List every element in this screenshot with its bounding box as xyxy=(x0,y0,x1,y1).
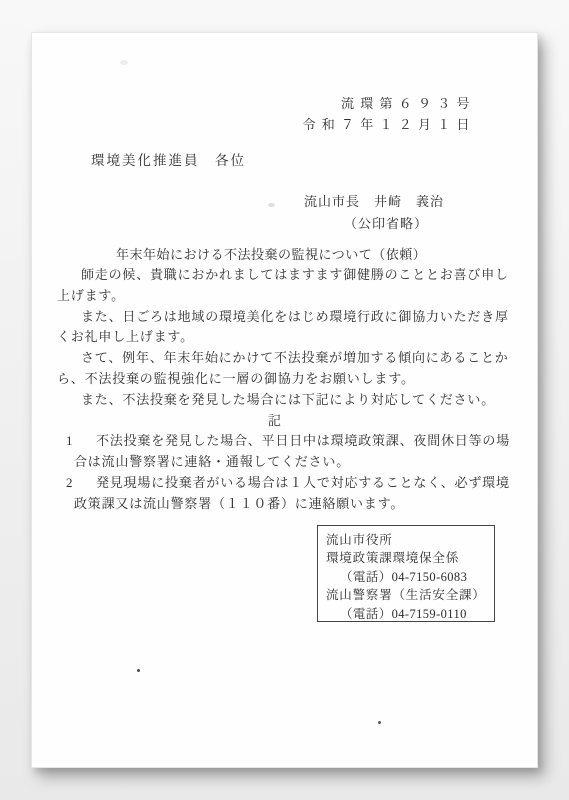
body-line: ら、不法投棄の監視強化に一層の御協力をお願いします。 xyxy=(32,369,537,390)
list-item: 2発見現場に投棄者がいる場合は１人で対応することなく、必ず環境 xyxy=(32,473,537,494)
scan-smudge xyxy=(268,203,275,207)
document-number: 流 環 第 ６ ９ ３ 号 xyxy=(302,93,471,114)
item-text-continuation: 合は流山警察署に連絡・通報してください。 xyxy=(32,452,537,473)
contact-office: 流山市役所 xyxy=(326,531,494,549)
contact-police: 流山警察署（生活安全課） xyxy=(326,586,494,604)
record-marker: 記 xyxy=(32,411,537,432)
contact-section: 環境政策課環境保全係 xyxy=(326,549,494,567)
letter-body: 師走の候、貴職におかれましてはますます御健勝のこととお喜び申し 上げます。 また… xyxy=(32,265,537,515)
contact-office-phone: （電話）04-7150-6083 xyxy=(326,568,494,586)
item-number: 2 xyxy=(66,473,96,494)
page-background: 流 環 第 ６ ９ ３ 号 令 和 ７ 年 １ ２ 月 １ 日 環境美化推進員 … xyxy=(0,0,569,800)
sender-name: 流山市長 井崎 義治 xyxy=(304,191,444,210)
item-text-continuation: 政策課又は流山警察署（１１０番）に連絡願います。 xyxy=(32,494,537,515)
document-date: 令 和 ７ 年 １ ２ 月 １ 日 xyxy=(302,114,471,135)
item-text: 不法投棄を発見した場合、平日日中は環境政策課、夜間休日等の場 xyxy=(96,433,510,448)
contact-police-phone: （電話）04-7159-0110 xyxy=(326,605,494,623)
body-line: 師走の候、貴職におかれましてはますます御健勝のこととお喜び申し xyxy=(32,265,537,286)
subject-line: 年末年始における不法投棄の監視について（依頼） xyxy=(116,244,426,263)
body-line: さて、例年、年末年始にかけて不法投棄が増加する傾向にあることか xyxy=(32,348,537,369)
document-header-right: 流 環 第 ６ ９ ３ 号 令 和 ７ 年 １ ２ 月 １ 日 xyxy=(302,93,471,135)
contact-info-box: 流山市役所 環境政策課環境保全係 （電話）04-7150-6083 流山警察署（… xyxy=(317,525,495,622)
body-line: また、日ごろは地域の環境美化をはじめ環境行政に御協力いただき厚 xyxy=(32,307,537,328)
item-number: 1 xyxy=(66,431,96,452)
scan-smudge xyxy=(120,60,128,65)
item-text: 発見現場に投棄者がいる場合は１人で対応することなく、必ず環境 xyxy=(96,475,510,490)
scan-speck xyxy=(137,669,140,672)
scan-speck xyxy=(378,721,381,724)
list-item: 1不法投棄を発見した場合、平日日中は環境政策課、夜間休日等の場 xyxy=(32,431,537,452)
scanned-letter-page: 流 環 第 ６ ９ ３ 号 令 和 ７ 年 １ ２ 月 １ 日 環境美化推進員 … xyxy=(31,32,538,768)
body-line: くお礼申し上げます。 xyxy=(32,327,537,348)
recipient-line: 環境美化推進員 各位 xyxy=(91,149,246,169)
body-line: 上げます。 xyxy=(32,286,537,307)
body-line: また、不法投棄を発見した場合には下記により対応してください。 xyxy=(32,390,537,411)
seal-omitted-note: （公印省略） xyxy=(344,213,428,232)
